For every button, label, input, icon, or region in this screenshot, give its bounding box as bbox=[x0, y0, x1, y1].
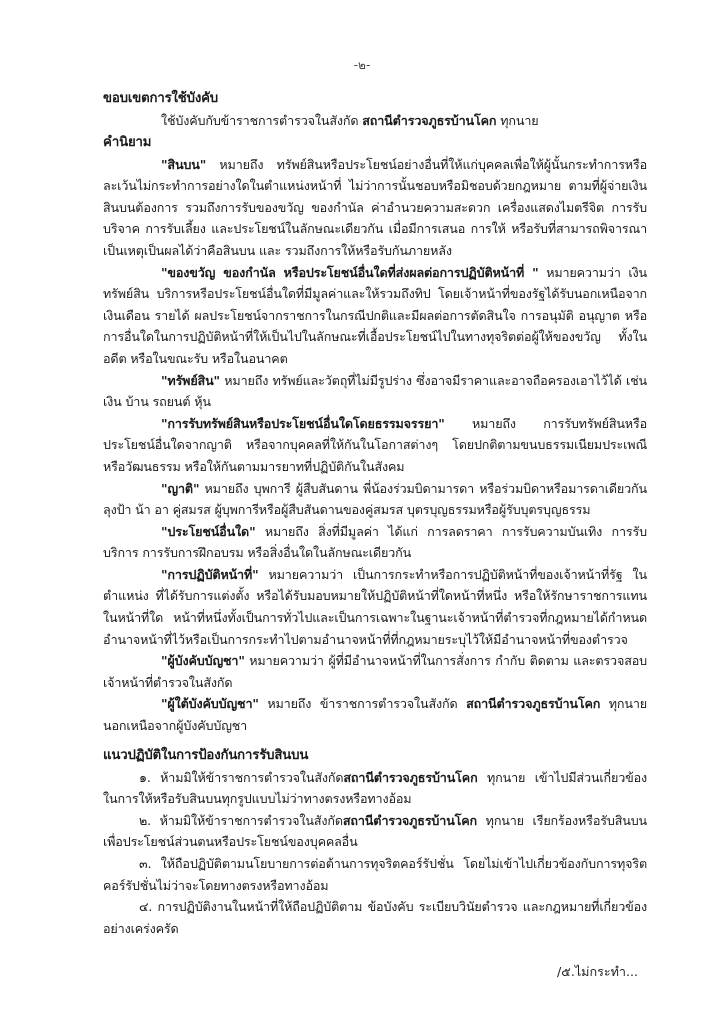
definition-term: "การปฏิบัติหน้าที่" bbox=[161, 567, 259, 582]
guideline-text-before: ๒. ห้ามมิให้ข้าราชการตำรวจในสังกัด bbox=[139, 813, 343, 828]
scope-text-after: ทุกนาย bbox=[496, 113, 538, 128]
station-name: สถานีตำรวจภูธรบ้านโคก bbox=[343, 813, 477, 828]
definitions-heading: คำนิยาม bbox=[103, 132, 647, 154]
definition-text-before: หมายถึง ข้าราชการตำรวจในสังกัด bbox=[259, 696, 466, 711]
scope-section: ขอบเขตการใช้บังคับ ใช้บังคับกับข้าราชการ… bbox=[103, 88, 647, 132]
continuation-marker: /๕.ไม่กระทำ... bbox=[557, 962, 638, 982]
definition-term: "ทรัพย์สิน" bbox=[161, 373, 220, 388]
definition-term: "ผู้บังคับบัญชา" bbox=[161, 653, 245, 668]
station-name: สถานีตำรวจภูธรบ้านโคก bbox=[362, 113, 496, 128]
definition-term: "ของขวัญ ของกำนัล หรือประโยชน์อื่นใดที่ส… bbox=[161, 265, 539, 280]
definition-term: "สินบน" bbox=[161, 157, 206, 172]
station-name: สถานีตำรวจภูธรบ้านโคก bbox=[343, 770, 477, 785]
guideline-item: ๓. ให้ถือปฏิบัติตามนโยบายการต่อต้านการทุ… bbox=[103, 853, 647, 896]
page-number: -๒- bbox=[0, 56, 724, 75]
definition-term: "ประโยชน์อื่นใด" bbox=[161, 524, 256, 539]
scope-heading: ขอบเขตการใช้บังคับ bbox=[103, 88, 647, 110]
definition-item: "ประโยชน์อื่นใด" หมายถึง สิ่งที่มีมูลค่า… bbox=[103, 521, 647, 564]
guideline-item: ๒. ห้ามมิให้ข้าราชการตำรวจในสังกัดสถานีต… bbox=[103, 810, 647, 853]
guidelines-section: แนวปฏิบัติในการป้องกันการรับสินบน ๑. ห้า… bbox=[103, 745, 647, 940]
section-spacer bbox=[103, 737, 647, 745]
definition-item: "การรับทรัพย์สินหรือประโยชน์อื่นใดโดยธรร… bbox=[103, 413, 647, 478]
definition-item: "สินบน" หมายถึง ทรัพย์สินหรือประโยชน์อย่… bbox=[103, 154, 647, 262]
definitions-section: คำนิยาม "สินบน" หมายถึง ทรัพย์สินหรือประ… bbox=[103, 132, 647, 737]
definition-item: "การปฏิบัติหน้าที่" หมายความว่า เป็นการก… bbox=[103, 564, 647, 650]
scope-text-before: ใช้บังคับกับข้าราชการตำรวจในสังกัด bbox=[161, 113, 362, 128]
document-body: ขอบเขตการใช้บังคับ ใช้บังคับกับข้าราชการ… bbox=[103, 88, 647, 939]
guideline-text: ๓. ให้ถือปฏิบัติตามนโยบายการต่อต้านการทุ… bbox=[103, 856, 647, 893]
document-page: -๒- ขอบเขตการใช้บังคับ ใช้บังคับกับข้ารา… bbox=[0, 0, 724, 1024]
scope-paragraph: ใช้บังคับกับข้าราชการตำรวจในสังกัด สถานี… bbox=[103, 110, 647, 132]
definition-term: "การรับทรัพย์สินหรือประโยชน์อื่นใดโดยธรร… bbox=[161, 416, 445, 431]
guidelines-heading: แนวปฏิบัติในการป้องกันการรับสินบน bbox=[103, 745, 647, 767]
definition-term: "ผู้ใต้บังคับบัญชา" bbox=[161, 696, 259, 711]
definition-item: "ญาติ" หมายถึง บุพการี ผู้สืบสันดาน พี่น… bbox=[103, 478, 647, 521]
definition-item-subordinate: "ผู้ใต้บังคับบัญชา" หมายถึง ข้าราชการตำร… bbox=[103, 693, 647, 736]
guideline-text-before: ๑. ห้ามมิให้ข้าราชการตำรวจในสังกัด bbox=[139, 770, 343, 785]
guideline-item: ๔. การปฏิบัติงานในหน้าที่ให้ถือปฏิบัติตา… bbox=[103, 896, 647, 939]
guideline-item: ๑. ห้ามมิให้ข้าราชการตำรวจในสังกัดสถานีต… bbox=[103, 767, 647, 810]
definition-term: "ญาติ" bbox=[161, 481, 199, 496]
definition-item: "ผู้บังคับบัญชา" หมายความว่า ผู้ที่มีอำน… bbox=[103, 650, 647, 693]
station-name: สถานีตำรวจภูธรบ้านโคก bbox=[466, 696, 600, 711]
definition-item: "ทรัพย์สิน" หมายถึง ทรัพย์และวัตถุที่ไม่… bbox=[103, 370, 647, 413]
guideline-text: ๔. การปฏิบัติงานในหน้าที่ให้ถือปฏิบัติตา… bbox=[103, 899, 647, 936]
definition-item: "ของขวัญ ของกำนัล หรือประโยชน์อื่นใดที่ส… bbox=[103, 262, 647, 370]
